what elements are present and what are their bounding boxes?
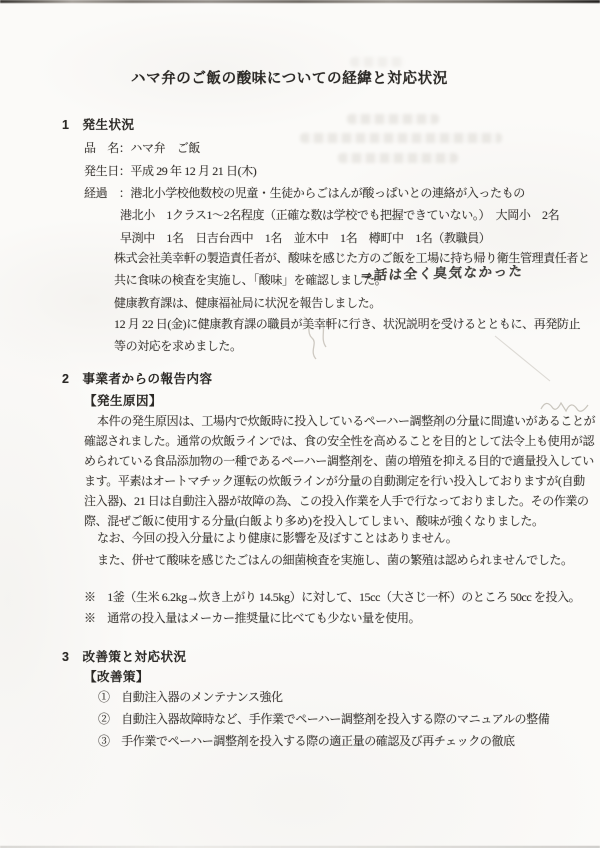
scan-top-edge-artifact [0,0,600,3]
bleed-through-mark [338,153,458,163]
cause-line-1: 本件の発生原因は、工場内で炊飯時に投入しているペーハー調整剤の分量に間違いがある… [97,412,595,429]
section3-heading: 3 改善策と対応状況 [62,647,186,665]
section1-heading: 1 発生状況 [62,115,134,133]
cause-line-8: また、併せて酸味を感じたごはんの細菌検査を実施し、菌の繁殖は認められませんでした… [97,551,573,568]
asterisk-note-2: ※ 通常の投入量はメーカー推奨量に比べても少ない量を使用。 [84,609,420,626]
section2-subheading: 【発生原因】 [84,391,162,409]
cause-line-6: 際、混ぜご飯に使用する分量(白飯より多め)を投入してしまい、酸味が強くなりました… [84,512,544,529]
report-line-5: 等の対応を求めました。 [114,337,242,354]
cause-line-3: められている食品添加物の一種であるペーハー調整剤を、菌の増殖を抑える目的で適量投… [84,452,594,469]
section3-subheading: 【改善策】 [84,667,149,685]
course-line-1: 経過 ：港北小学校他数校の児童・生徒からごはんが酸っぱいとの連絡が入ったもの [84,184,525,201]
bleed-through-mark [350,57,405,67]
report-line-2: 共に食味の検査を実施し、「酸味」を確認しました。 [114,271,386,288]
section2-heading: 2 事業者からの報告内容 [62,369,212,387]
bleed-through-mark [300,133,502,143]
occurrence-date-line: 発生日：平成 29 年 12 月 21 日(木) [84,162,256,179]
scanned-document-page: ハマ弁のご飯の酸味についての経緯と対応状況 1 発生状況 品 名：ハマ弁 ご飯 … [0,0,600,848]
cause-line-5: 注入器)、21 日は自動注入器が故障の為、この投入作業を人手で行なっておりました… [84,492,589,509]
course-line-2: 港北小 1クラス1～2名程度（正確な数は学校でも把握できていない。） 大岡小 2… [120,206,559,223]
report-line-3: 健康教育課は、健康福祉局に状況を報告しました。 [114,294,381,311]
crease-line-artifact [492,333,554,387]
cause-line-7: なお、今回の投入分量により健康に影響を及ぼすことはありません。 [97,529,457,546]
improvement-item-2: ② 自動注入器故障時など、手作業でペーハー調整剤を投入する際のマニュアルの整備 [98,710,549,727]
handwritten-note: ⇒話は全く臭気なかった [360,259,525,284]
cause-line-4: ます。平素はオートマチック運転の炊飯ラインが分量の自動測定を行い投入しております… [84,472,585,489]
bleed-through-mark [347,114,439,124]
document-title: ハマ弁のご飯の酸味についての経緯と対応状況 [131,67,448,88]
improvement-item-3: ③ 手作業でペーハー調整剤を投入する際の適正量の確認及び再チェックの徹底 [98,732,515,749]
cause-line-2: 確認されました。通常の炊飯ラインでは、食の安全性を高めることを目的として法令上も… [84,432,594,449]
asterisk-note-1: ※ 1釜（生米 6.2kg→炊き上がり 14.5kg）に対して、15cc（大さじ… [84,588,580,605]
improvement-item-1: ① 自動注入器のメンテナンス強化 [98,688,283,705]
product-name-line: 品 名：ハマ弁 ご飯 [84,139,200,156]
course-line-3: 早渕中 1名 日吉台西中 1名 並木中 1名 樽町中 1名（教職員） [120,229,490,246]
report-line-4: 12 月 22 日(金)に健康教育課の職員が美幸軒に行き、状況説明を受けるととも… [114,315,580,332]
